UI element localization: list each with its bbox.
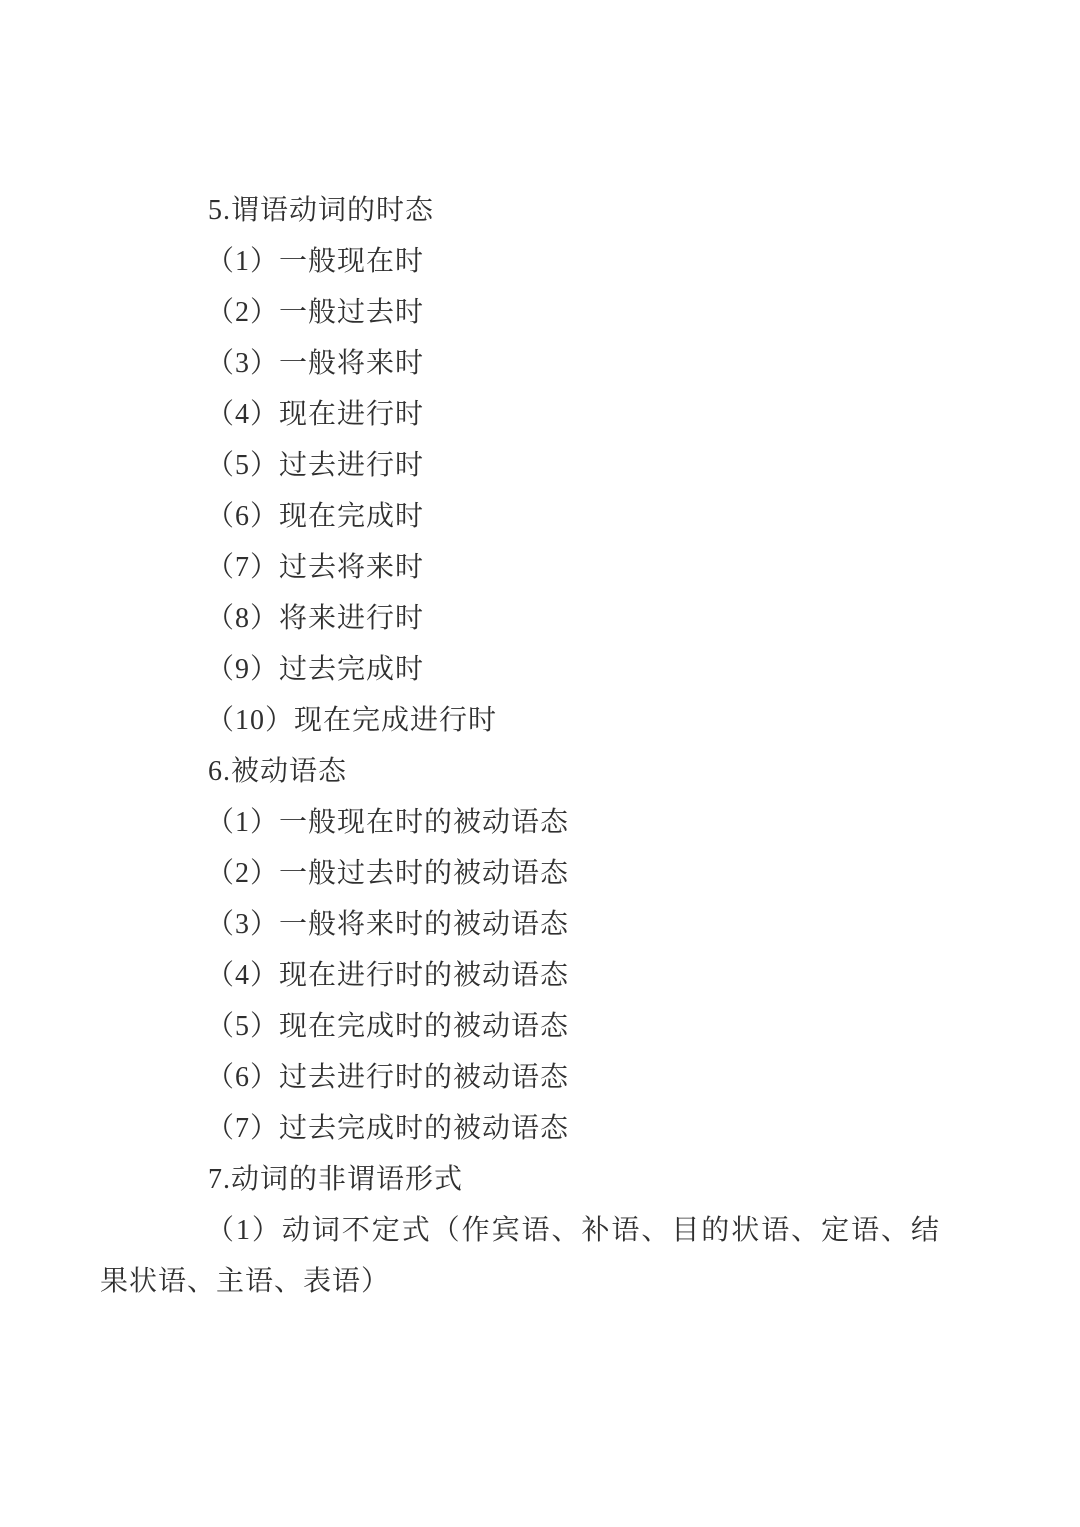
- list-item: （4）现在进行时: [100, 389, 940, 440]
- list-item: （2）一般过去时的被动语态: [100, 848, 940, 899]
- list-item: （2）一般过去时: [100, 287, 940, 338]
- list-item: （1）一般现在时: [100, 236, 940, 287]
- list-item: （1）一般现在时的被动语态: [100, 797, 940, 848]
- section-heading: 5.谓语动词的时态: [100, 185, 940, 236]
- list-item: （3）一般将来时的被动语态: [100, 899, 940, 950]
- list-item: （10）现在完成进行时: [100, 695, 940, 746]
- list-item-continuation: 果状语、主语、表语）: [100, 1256, 940, 1307]
- section-heading: 6.被动语态: [100, 746, 940, 797]
- list-item: （6）现在完成时: [100, 491, 940, 542]
- document-content: 5.谓语动词的时态（1）一般现在时（2）一般过去时（3）一般将来时（4）现在进行…: [0, 0, 1080, 1307]
- list-item: （1）动词不定式（作宾语、补语、目的状语、定语、结: [100, 1205, 940, 1256]
- list-item: （5）过去进行时: [100, 440, 940, 491]
- list-item: （7）过去将来时: [100, 542, 940, 593]
- list-item: （3）一般将来时: [100, 338, 940, 389]
- list-item: （9）过去完成时: [100, 644, 940, 695]
- list-item: （8）将来进行时: [100, 593, 940, 644]
- list-item: （6）过去进行时的被动语态: [100, 1052, 940, 1103]
- document-page: 5.谓语动词的时态（1）一般现在时（2）一般过去时（3）一般将来时（4）现在进行…: [0, 0, 1080, 1527]
- list-item: （5）现在完成时的被动语态: [100, 1001, 940, 1052]
- list-item: （7）过去完成时的被动语态: [100, 1103, 940, 1154]
- section-heading: 7.动词的非谓语形式: [100, 1154, 940, 1205]
- list-item: （4）现在进行时的被动语态: [100, 950, 940, 1001]
